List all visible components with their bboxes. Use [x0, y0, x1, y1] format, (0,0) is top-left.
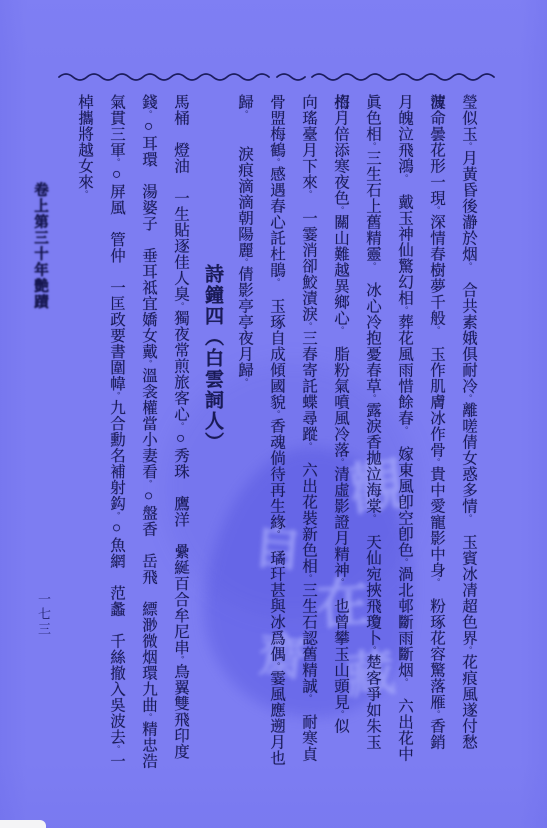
- running-title: 卷上第三十年艶蹟: [30, 182, 51, 310]
- text-column-7: 骨盟梅鶴。感遇春心託杜鵑。 玉琢自成傾國貌。香魂倘待再生緣。 璚玕甚與冰爲偶。霎…: [260, 94, 292, 770]
- text-column-4: 眞色相。三生石上舊精靈。 冰心冷抱憂春草。露淚香拋泣海棠。 天仙宛挾飛瓊卜。楚客…: [356, 94, 388, 770]
- text-column-12: 氣貫三軍。○屏風 管仲 一匡政要書圍幃。九合勳名補射鈎。○魚網 范蠡 千絲撤入吳…: [100, 94, 132, 770]
- text-column-13: 棹攜將越女來。: [68, 94, 100, 770]
- text-body: 瑩似玉。月黃昏後瀞於烟。 合共素娥俱耐冷。離嗟倩女惑多情。 玉賓冰凊超色界。花痕…: [68, 94, 484, 770]
- text-column-6: 向瑤臺月下來。 一霎消卻鮫漬淚。三春寄託蝶尋蹤。 六出花裝新色相。三生石認舊精誠…: [292, 94, 324, 770]
- text-column-10: 馬桶 燈油 一生貼逐佳人臭。獨夜常煎旅客心。○秀珠 鷹洋 纍綖百合牟尼串。鳥翼雙…: [164, 94, 196, 770]
- text-column-1: 瑩似玉。月黃昏後瀞於烟。 合共素娥俱耐冷。離嗟倩女惑多情。 玉賓冰凊超色界。花痕…: [452, 94, 484, 770]
- text-column-3: 月魄泣飛鴻。 戴玉神仙驚幻相。葬花風雨惜餘春。 嫁東風卽空卽色。渦北邨斷雨斷烟。…: [388, 94, 420, 770]
- wavy-divider: [58, 70, 498, 84]
- book-page: 觀 自 在 齋 藏 瑩似玉。月黃昏後瀞於烟。 合共素娥俱耐冷。離嗟倩女惑多情。 …: [0, 0, 547, 828]
- page-number: 一七三: [34, 592, 53, 637]
- section-heading: 詩鐘四（白雲詞人）: [196, 94, 228, 770]
- text-column-8: 歸。 淚痕滴滴朝陽麗。倩影亭亭夜月歸。: [228, 94, 260, 770]
- text-column-5: 梅月倍添寒夜色。關山難越異鄉心。 脂粉氣噴風冷落。清虛影證月精神。 也曾攀玉山頭…: [324, 94, 356, 770]
- text-column-11: 錢。○耳環 湯婆子 垂耳祗宜嬌女戴。溫衾權當小妻看。○盤香 岳飛 縹渺微烟環九曲…: [132, 94, 164, 770]
- text-column-2: 薄命曇花形一現。深情春樹夢千般。 玉作肌膚冰作骨。貴中愛寵影中身。 粉琢花容驚落…: [420, 94, 452, 770]
- scan-edge-artifact: [0, 820, 46, 828]
